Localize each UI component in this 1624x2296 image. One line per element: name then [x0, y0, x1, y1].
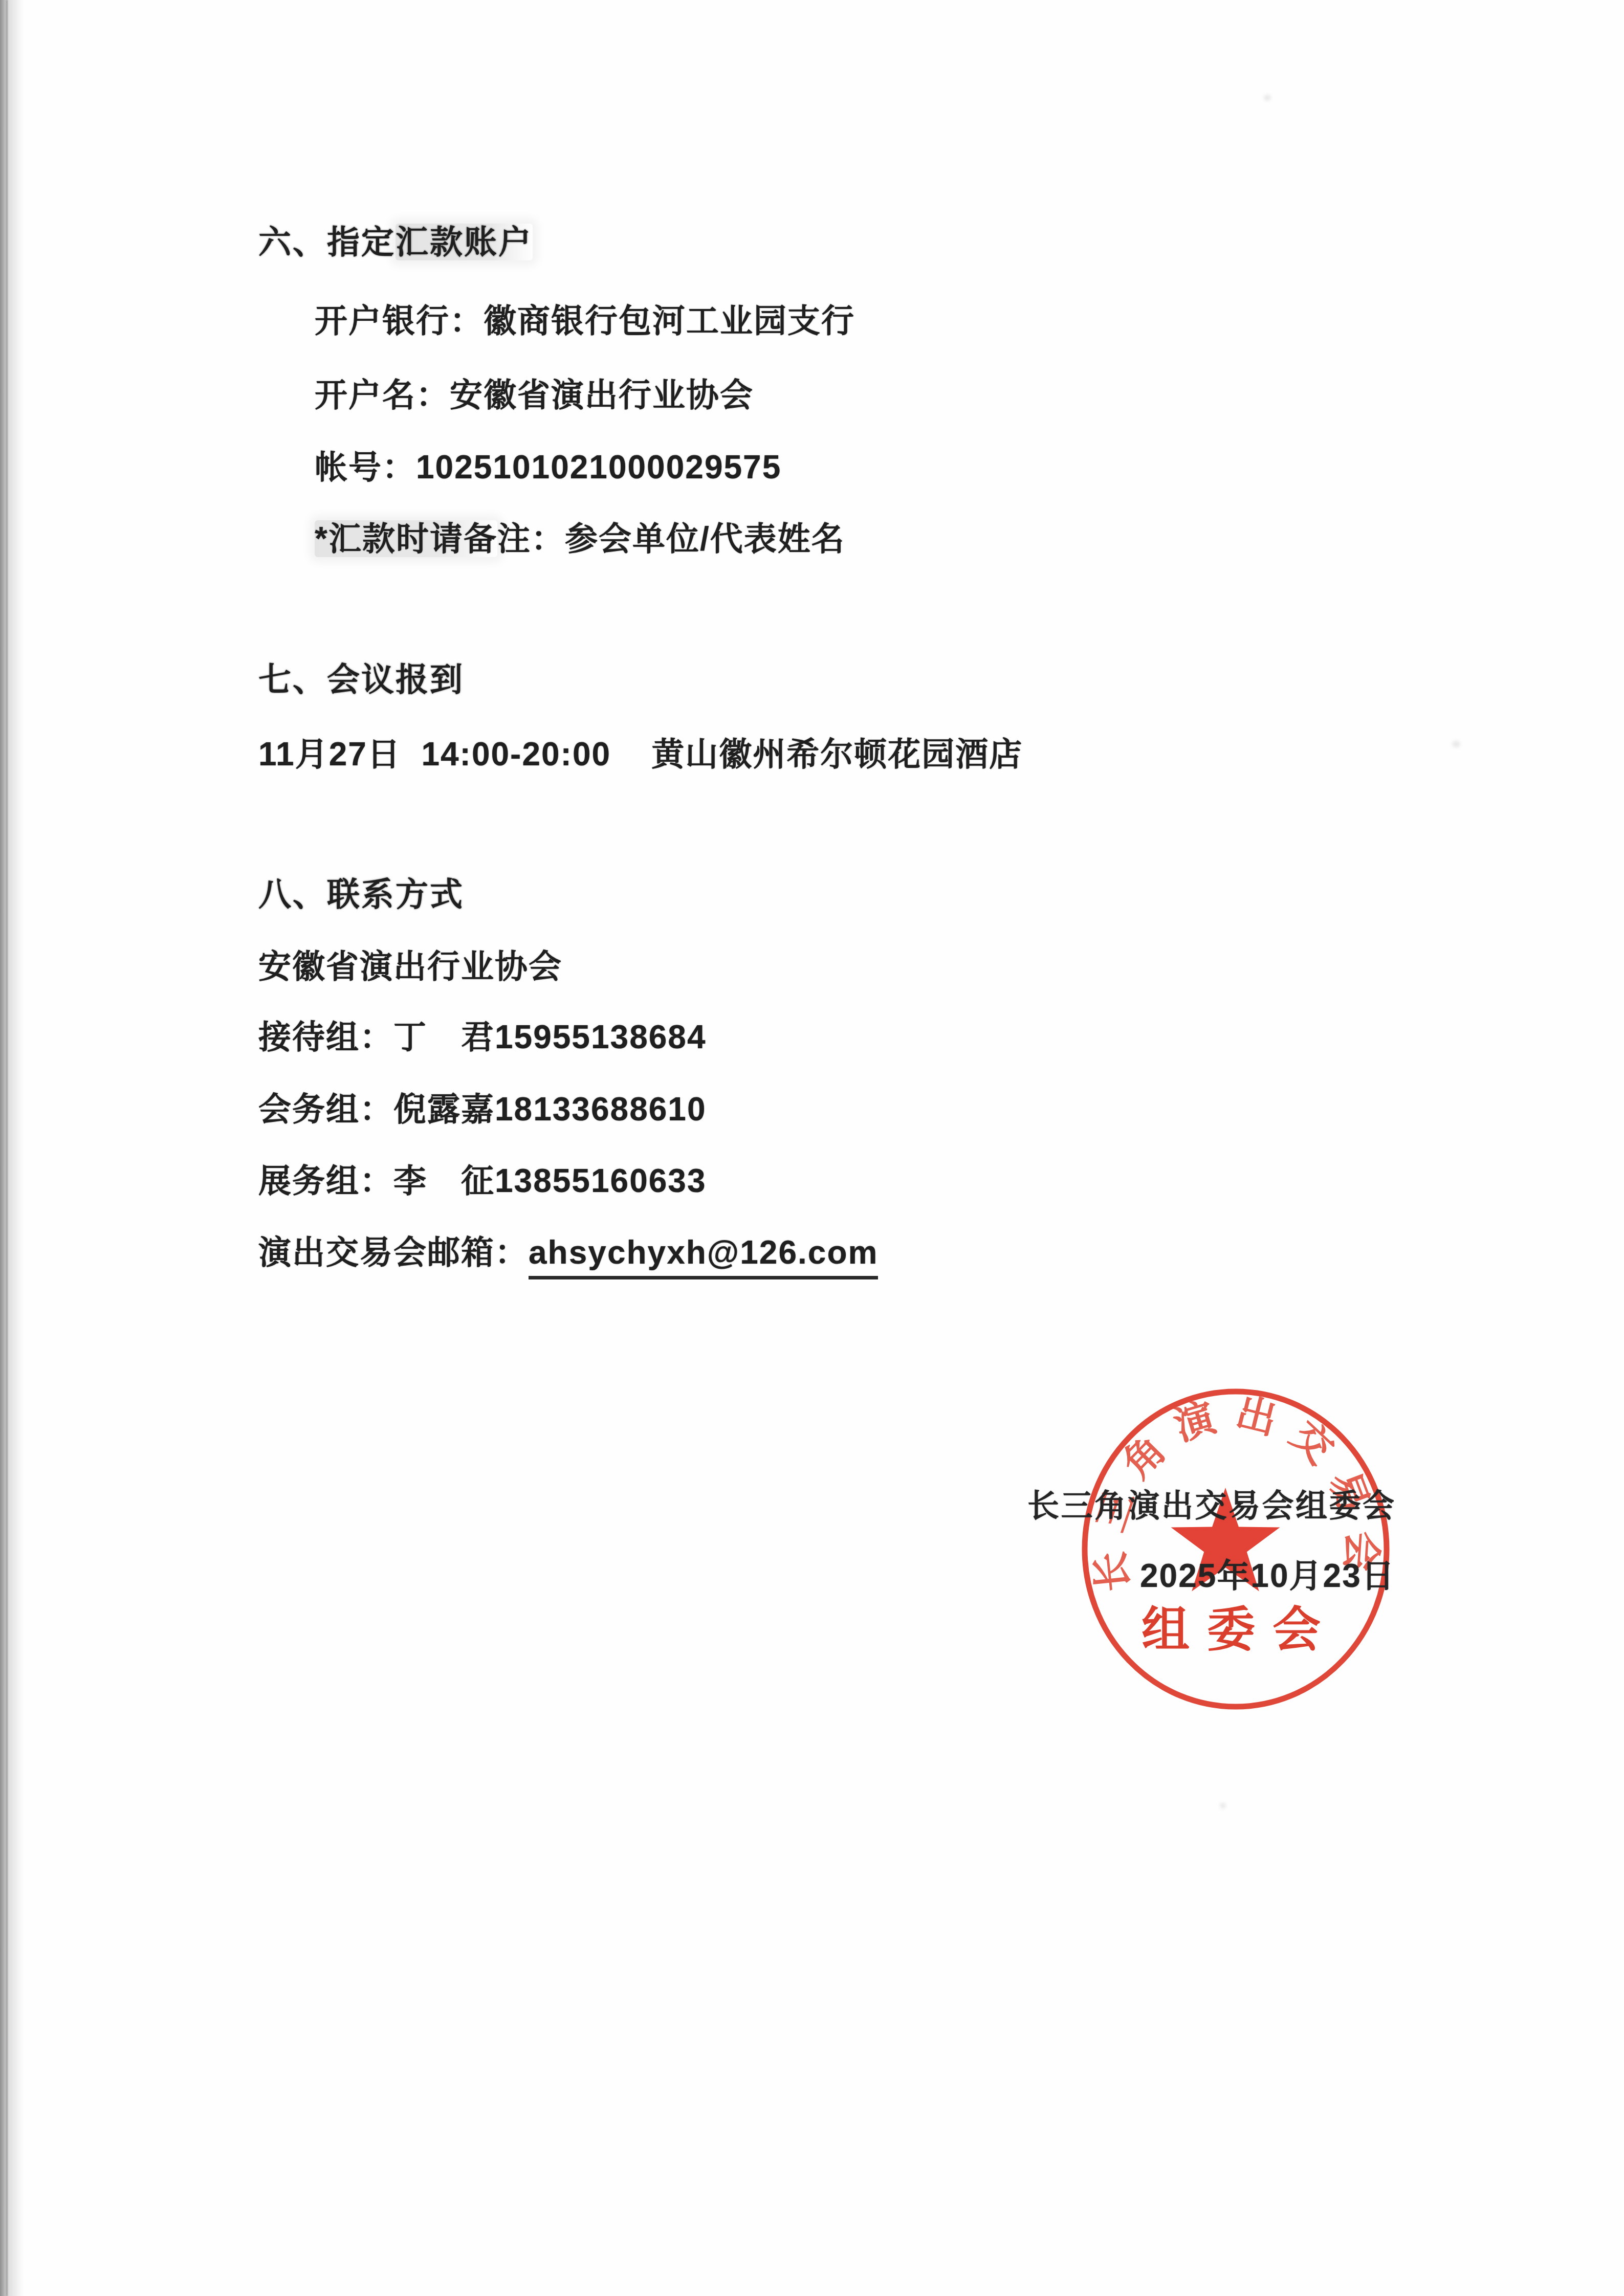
page-edge-line [6, 0, 8, 2296]
bank-line: 开户银行：徽商银行包河工业园支行 [315, 302, 855, 340]
section-6-heading-shaded-text: 汇款账户 [396, 224, 533, 260]
scan-speck [1220, 1803, 1226, 1808]
signature-date-line: 2025年10月23日 [1140, 1558, 1395, 1593]
checkin-line: 11月27日 14:00-20:00 黄山徽州希尔顿花园酒店 [258, 735, 1023, 773]
contact-line-reception: 接待组：丁 君15955138684 [258, 1018, 707, 1056]
stamp-bottom-text: 组委会 [1142, 1603, 1338, 1657]
remittance-note-rest-text: 注：参会单位/代表姓名 [497, 520, 845, 557]
email-label: 演出交易会邮箱： [258, 1234, 529, 1271]
contact-line-exhibition: 展务组：李 征13855160633 [258, 1162, 707, 1200]
section-7-heading: 七、会议报到 [258, 660, 464, 698]
email-address: ahsychyxh@126.com [529, 1233, 878, 1279]
account-number-line: 帐号：1025101021000029575 [315, 448, 781, 486]
remittance-note-line: *汇款时请备注：参会单位/代表姓名 [315, 520, 845, 558]
scanned-document-page: 六、指定汇款账户 开户银行：徽商银行包河工业园支行 开户名：安徽省演出行业协会 … [0, 0, 1624, 2296]
committee-signature-line: 长三角演出交易会组委会 [1027, 1490, 1396, 1524]
section-6-heading: 六、指定汇款账户 [258, 223, 533, 261]
remittance-note-shaded-text: *汇款时请备 [315, 520, 497, 557]
scan-speck [1264, 95, 1271, 101]
account-name-line: 开户名：安徽省演出行业协会 [315, 376, 754, 414]
organization-line: 安徽省演出行业协会 [258, 947, 562, 985]
page-edge-shadow [0, 0, 24, 2296]
official-stamp: 长三角演出交易会 组委会 [1076, 1385, 1395, 1723]
scan-speck [1452, 741, 1460, 747]
section-6-heading-text: 六、指定 [258, 224, 396, 260]
email-line: 演出交易会邮箱：ahsychyxh@126.com [258, 1233, 878, 1279]
section-8-heading: 八、联系方式 [258, 875, 464, 913]
contact-line-conference: 会务组：倪露嘉18133688610 [258, 1090, 707, 1128]
